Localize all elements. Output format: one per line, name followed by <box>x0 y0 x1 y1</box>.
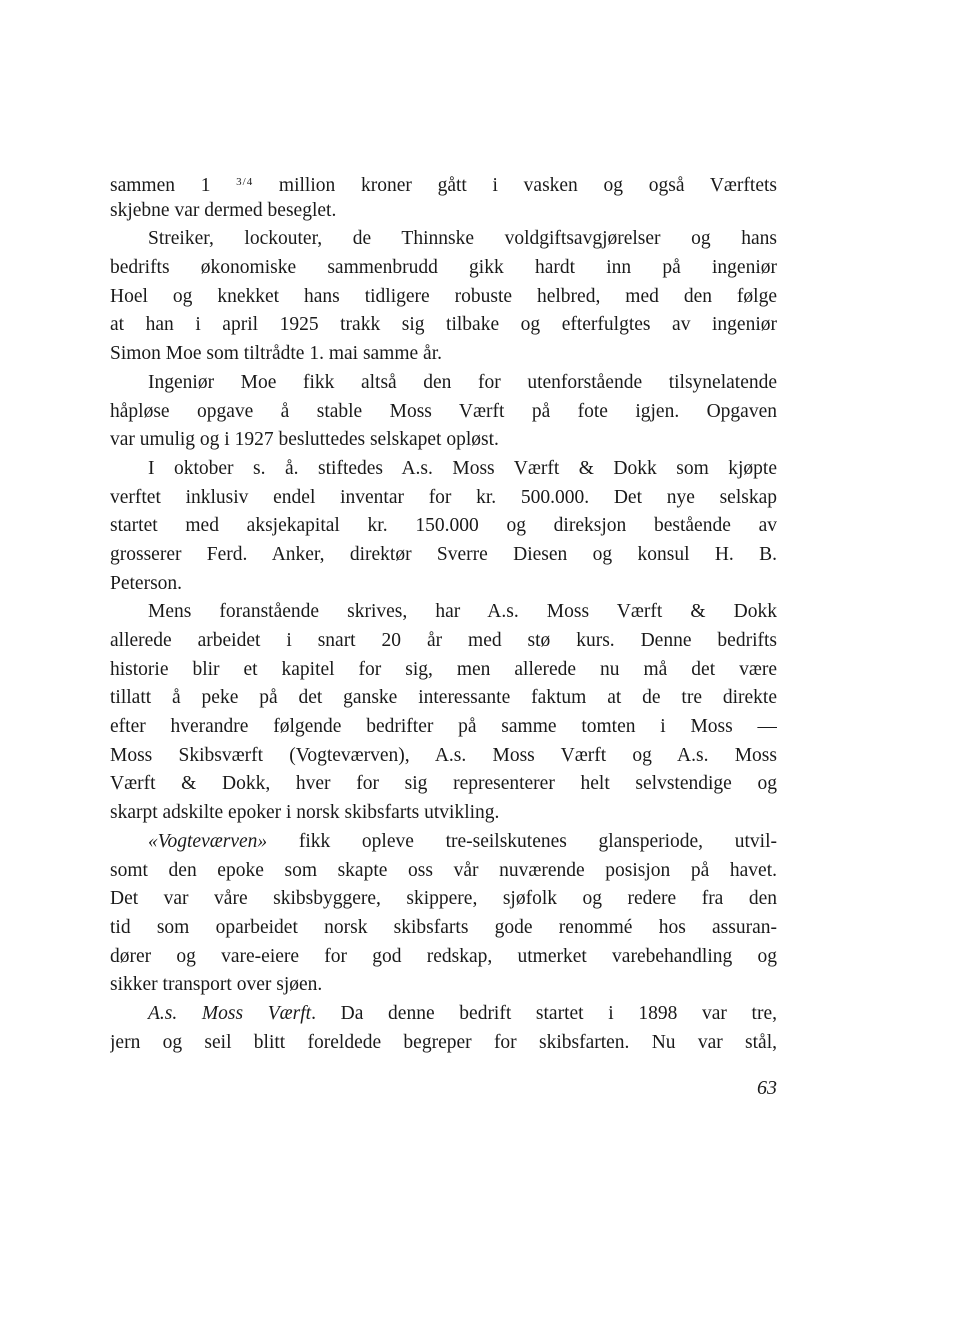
text: I oktober s. å. stiftedes A.s. Moss Værf… <box>148 458 777 479</box>
text-line: Hoel og knekket hans tidligere robuste h… <box>110 283 777 312</box>
text: Streiker, lockouter, de Thinnske voldgif… <box>148 228 777 249</box>
text-line: Ingeniør Moe fikk altså den for utenfors… <box>110 369 777 398</box>
text: historie blir et kapitel for sig, men al… <box>110 659 777 680</box>
text: sikker transport over sjøen. <box>110 974 322 995</box>
text-line: allerede arbeidet i snart 20 år med stø … <box>110 627 777 656</box>
text: tid som oparbeidet norsk skibsfarts gode… <box>110 917 777 938</box>
text-line: sikker transport over sjøen. <box>110 971 777 1000</box>
text: jern og seil blitt foreldede begreper fo… <box>110 1032 777 1053</box>
italic-text: «Vogteværven» <box>148 831 267 852</box>
text: grosserer Ferd. Anker, direktør Sverre D… <box>110 544 777 565</box>
text-line: Simon Moe som tiltrådte 1. mai samme år. <box>110 340 777 369</box>
text-line: jern og seil blitt foreldede begreper fo… <box>110 1029 777 1058</box>
italic-text: A.s. Moss Værft <box>148 1003 311 1024</box>
text-line: Værft & Dokk, hver for sig representerer… <box>110 770 777 799</box>
text-line: Mens foranstående skrives, har A.s. Moss… <box>110 598 777 627</box>
text-line: grosserer Ferd. Anker, direktør Sverre D… <box>110 541 777 570</box>
page-body: sammen 1 3/4 million kroner gått i vaske… <box>110 168 777 1057</box>
text-line: historie blir et kapitel for sig, men al… <box>110 656 777 685</box>
text: Simon Moe som tiltrådte 1. mai samme år. <box>110 343 442 364</box>
text: startet med aksjekapital kr. 150.000 og … <box>110 515 777 536</box>
text-line: Peterson. <box>110 570 777 599</box>
text: million kroner gått i vasken og også Vær… <box>253 175 777 196</box>
text-line: somt den epoke som skapte oss vår nuvære… <box>110 857 777 886</box>
text: skarpt adskilte epoker i norsk skibsfart… <box>110 802 499 823</box>
text: håpløse opgave å stable Moss Værft på fo… <box>110 401 777 422</box>
page-number: 63 <box>757 1077 777 1100</box>
text: allerede arbeidet i snart 20 år med stø … <box>110 630 777 651</box>
text: Peterson. <box>110 573 182 594</box>
text: var umulig og i 1927 besluttedes selskap… <box>110 429 499 450</box>
text: skjebne var dermed beseglet. <box>110 200 336 221</box>
text: tillatt å peke på det ganske interessant… <box>110 687 777 708</box>
text-line: skarpt adskilte epoker i norsk skibsfart… <box>110 799 777 828</box>
text: fikk opleve tre-seilskutenes glansperiod… <box>267 831 777 852</box>
text-line: Streiker, lockouter, de Thinnske voldgif… <box>110 225 777 254</box>
text-line: dører og vare-eiere for god redskap, utm… <box>110 943 777 972</box>
text-line: skjebne var dermed beseglet. <box>110 197 777 226</box>
text: at han i april 1925 trakk sig tilbake og… <box>110 314 777 335</box>
text-line: I oktober s. å. stiftedes A.s. Moss Værf… <box>110 455 777 484</box>
text: Hoel og knekket hans tidligere robuste h… <box>110 286 777 307</box>
fraction: 3/4 <box>236 176 253 188</box>
text: Ingeniør Moe fikk altså den for utenfors… <box>148 372 777 393</box>
text: . Da denne bedrift startet i 1898 var tr… <box>311 1003 777 1024</box>
text-line: var umulig og i 1927 besluttedes selskap… <box>110 426 777 455</box>
text: sammen 1 <box>110 175 236 196</box>
text-line: startet med aksjekapital kr. 150.000 og … <box>110 512 777 541</box>
text: verftet inklusiv endel inventar for kr. … <box>110 487 777 508</box>
text-line: håpløse opgave å stable Moss Værft på fo… <box>110 398 777 427</box>
text-line: tid som oparbeidet norsk skibsfarts gode… <box>110 914 777 943</box>
text: Mens foranstående skrives, har A.s. Moss… <box>148 601 777 622</box>
text: Moss Skibsværft (Vogteværven), A.s. Moss… <box>110 745 777 766</box>
text-line: at han i april 1925 trakk sig tilbake og… <box>110 311 777 340</box>
text-line: sammen 1 3/4 million kroner gått i vaske… <box>110 168 777 197</box>
text: efter hverandre følgende bedrifter på sa… <box>110 716 777 737</box>
text: bedrifts økonomiske sammenbrudd gikk har… <box>110 257 777 278</box>
text: dører og vare-eiere for god redskap, utm… <box>110 946 777 967</box>
text-line: efter hverandre følgende bedrifter på sa… <box>110 713 777 742</box>
text-line: A.s. Moss Værft. Da denne bedrift starte… <box>110 1000 777 1029</box>
text-line: Det var våre skibsbyggere, skippere, sjø… <box>110 885 777 914</box>
text-line: Moss Skibsværft (Vogteværven), A.s. Moss… <box>110 742 777 771</box>
text: Værft & Dokk, hver for sig representerer… <box>110 773 777 794</box>
text-line: bedrifts økonomiske sammenbrudd gikk har… <box>110 254 777 283</box>
text-line: tillatt å peke på det ganske interessant… <box>110 684 777 713</box>
text-line: «Vogteværven» fikk opleve tre-seilskuten… <box>110 828 777 857</box>
text: somt den epoke som skapte oss vår nuvære… <box>110 860 777 881</box>
text: Det var våre skibsbyggere, skippere, sjø… <box>110 888 777 909</box>
text-line: verftet inklusiv endel inventar for kr. … <box>110 484 777 513</box>
